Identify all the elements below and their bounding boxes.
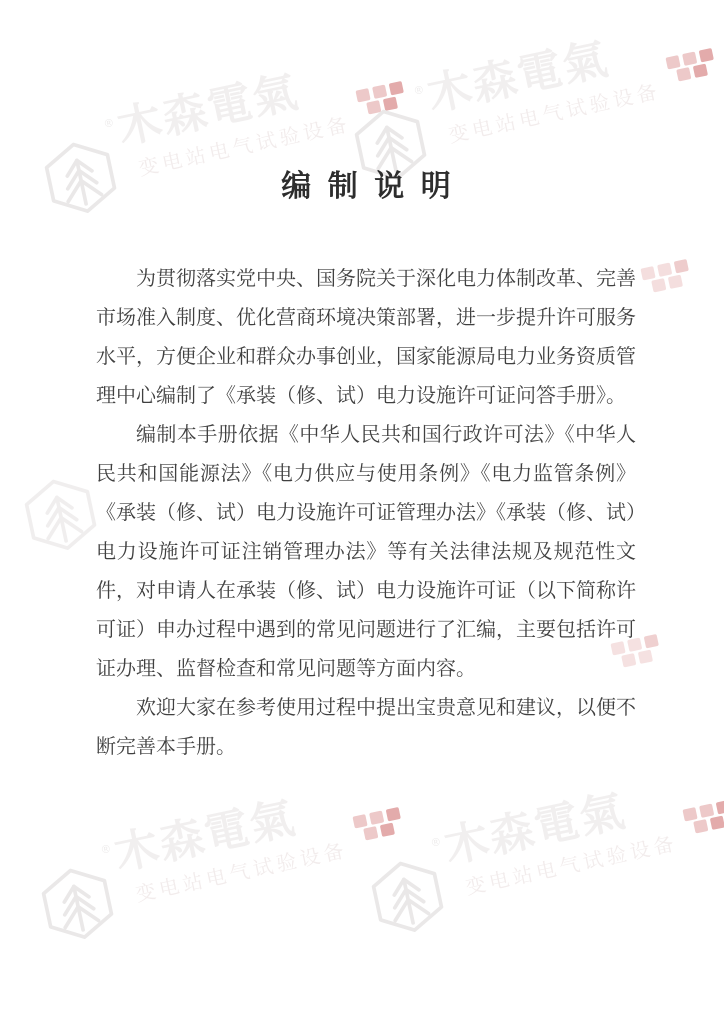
document-content: 编制说明 为贯彻落实党中央、国务院关于深化电力体制改革、完善市场准入制度、优化营… xyxy=(96,166,636,767)
registered-mark: ® xyxy=(104,117,114,130)
registered-mark: ® xyxy=(414,84,424,97)
watermark-red-text xyxy=(350,796,450,843)
paragraph-2: 编制本手册依据《中华人民共和国行政许可法》《中华人民共和国能源法》《电力供应与使… xyxy=(96,416,636,689)
registered-mark: ® xyxy=(101,843,111,856)
watermark-tagline-text: 变电站电气试验设备 xyxy=(446,75,663,148)
watermark-tagline-text: 变电站电气试验设备 xyxy=(133,834,350,907)
watermark-tagline-text: 变电站电气试验设备 xyxy=(463,827,680,900)
watermark-red-text xyxy=(663,37,724,84)
watermark-brand-text: 木森電氣 xyxy=(419,16,613,119)
paragraph-3: 欢迎大家在参考使用过程中提出宝贵意见和建议，以便不断完善本手册。 xyxy=(96,689,636,767)
watermark-brand-text: 木森電氣 xyxy=(436,768,630,871)
watermark-brand-text: 木森電氣 xyxy=(109,49,303,152)
page-title: 编制说明 xyxy=(96,166,636,208)
paragraph-1: 为贯彻落实党中央、国务院关于深化电力体制改革、完善市场准入制度、优化营商环境决策… xyxy=(96,260,636,416)
musen-tree-icon xyxy=(362,847,452,947)
watermark-red-text xyxy=(638,248,724,295)
watermark-red-text xyxy=(680,789,724,836)
watermark-red-text xyxy=(353,70,453,117)
musen-tree-icon xyxy=(32,854,122,954)
document-body: 为贯彻落实党中央、国务院关于深化电力体制改革、完善市场准入制度、优化营商环境决策… xyxy=(96,260,636,767)
registered-mark: ® xyxy=(431,836,441,849)
document-page: ® 木森電氣 变电站电气试验设备 ® 木森電氣 变电站电气试验设备 xyxy=(0,0,724,1023)
watermark-brand-text: 木森電氣 xyxy=(106,775,300,878)
musen-tree-icon xyxy=(15,465,105,565)
